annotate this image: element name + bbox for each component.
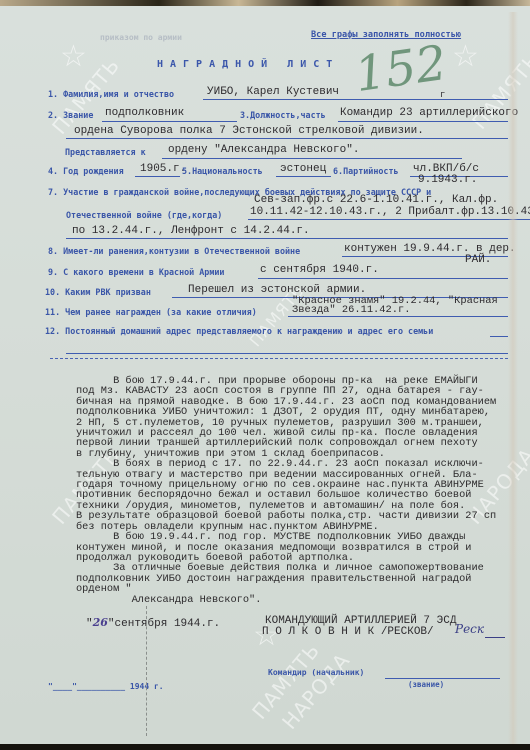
field-1-value: УИБО, Карел Кустевич [207, 86, 339, 98]
narrative-lines: В бою 17.9.44.г. при прорыве обороны пр-… [76, 376, 496, 605]
commander-label: Командир (начальник) [268, 668, 364, 677]
watermark-star-icon: ☆ [452, 39, 479, 74]
field-10-label: 10. Каким РВК призван [45, 287, 151, 297]
field-1-label: 1. Фамилия,имя и отчество [48, 89, 174, 99]
handwritten-signature: Реск [455, 622, 484, 636]
field-3-value: Командир 23 артиллерийского [340, 107, 518, 119]
signature-stroke [485, 637, 505, 638]
narrative-text: В бою 17.9.44.г. при прорыве обороны пр-… [76, 376, 496, 605]
underline [385, 678, 500, 679]
field-2-label: 2. Звание [48, 110, 93, 120]
signature-date: "26"сентября 1944.г. [86, 616, 220, 630]
field-7-value-3: по 13.2.44.г., Ленфронт с 14.2.44.г. [72, 225, 310, 237]
field-9-label: 9. С какого времени в Красной Армии [48, 267, 224, 277]
commander-rank: П О Л К О В Н И К /РЕСКОВ/ [262, 626, 434, 638]
field-3-label: 3.Должность,часть [240, 110, 326, 120]
field-6-label: 6.Партийность [333, 166, 399, 176]
underline [102, 121, 237, 122]
field-8-value-cont: РАЙ. [465, 254, 491, 266]
underline [338, 121, 508, 122]
underline [66, 353, 508, 354]
scan-bottom-edge [0, 744, 530, 750]
underline [258, 278, 508, 279]
nominated-label: Представляется к [65, 147, 146, 157]
underline [203, 99, 508, 100]
field-11-value-2: Звезда" 26.11.42.г. [292, 304, 410, 316]
field-7-label-cont: Отечественной войне (где,когда) [66, 210, 222, 220]
rank-label: (звание) [408, 680, 444, 689]
field-4-label: 4. Год рождения [48, 166, 124, 176]
handwritten-number: 152 [352, 35, 451, 103]
underline [490, 336, 508, 337]
field-2-value: подполковник [105, 107, 184, 119]
field-8-label: 8. Имеет-ли ранения,контузии в Отечестве… [48, 246, 300, 256]
field-3-value-cont: ордена Суворова полка 7 Эстонской стрелк… [74, 125, 424, 137]
underline [66, 238, 508, 239]
field-9-value: с сентября 1940.г. [260, 264, 379, 276]
underline [276, 176, 331, 177]
paper-fold [508, 12, 518, 750]
field-7-value-1: Сев-зап.фр.с 22.6-1.10.41.г., Кал.фр. [254, 194, 498, 206]
field-7-value-2: 10.11.42-12.10.43.г., 2 Прибалт.фр.13.10… [250, 206, 530, 218]
field-11-label: 11. Чем ранее награжден (за какие отличи… [45, 307, 257, 317]
field-4-value: 1905.г. [140, 163, 186, 175]
nominated-value: ордену "Александра Невского". [168, 144, 359, 156]
field-12-label: 12. Постоянный домашний адрес представля… [45, 326, 433, 336]
award-sheet: ☆ ☆ ☆ ПАМЯТЬ ПАМЯТЬ ПАМЯТЬ ПАМЯТЬ НАРОДА… [0, 6, 530, 744]
underline [288, 316, 508, 317]
watermark-star-icon: ☆ [60, 39, 87, 74]
narrative-line: Александра Невского". [76, 595, 496, 605]
field-6-value-date: 9.1943.г. [418, 174, 477, 186]
narrative-line: подполковник УИБО достоин награждения пр… [76, 574, 496, 584]
narrative-line: В бою 19.9.44.г. под гор. МУСТВЕ подполк… [76, 532, 496, 542]
underline [66, 138, 508, 139]
underline [248, 219, 530, 220]
separator-line [50, 358, 508, 359]
underline [135, 176, 180, 177]
page-title: НАГРАДНОЙ ЛИСТ [157, 59, 339, 70]
underline [162, 158, 462, 159]
field-5-label: 5.Национальность [182, 166, 263, 176]
handwritten-day: 26 [93, 616, 108, 629]
faint-stamp-text: приказом по армии [100, 33, 182, 42]
field-5-value: эстонец [280, 163, 326, 175]
narrative-line: орденом " [76, 584, 496, 594]
fold-mark [146, 606, 147, 736]
